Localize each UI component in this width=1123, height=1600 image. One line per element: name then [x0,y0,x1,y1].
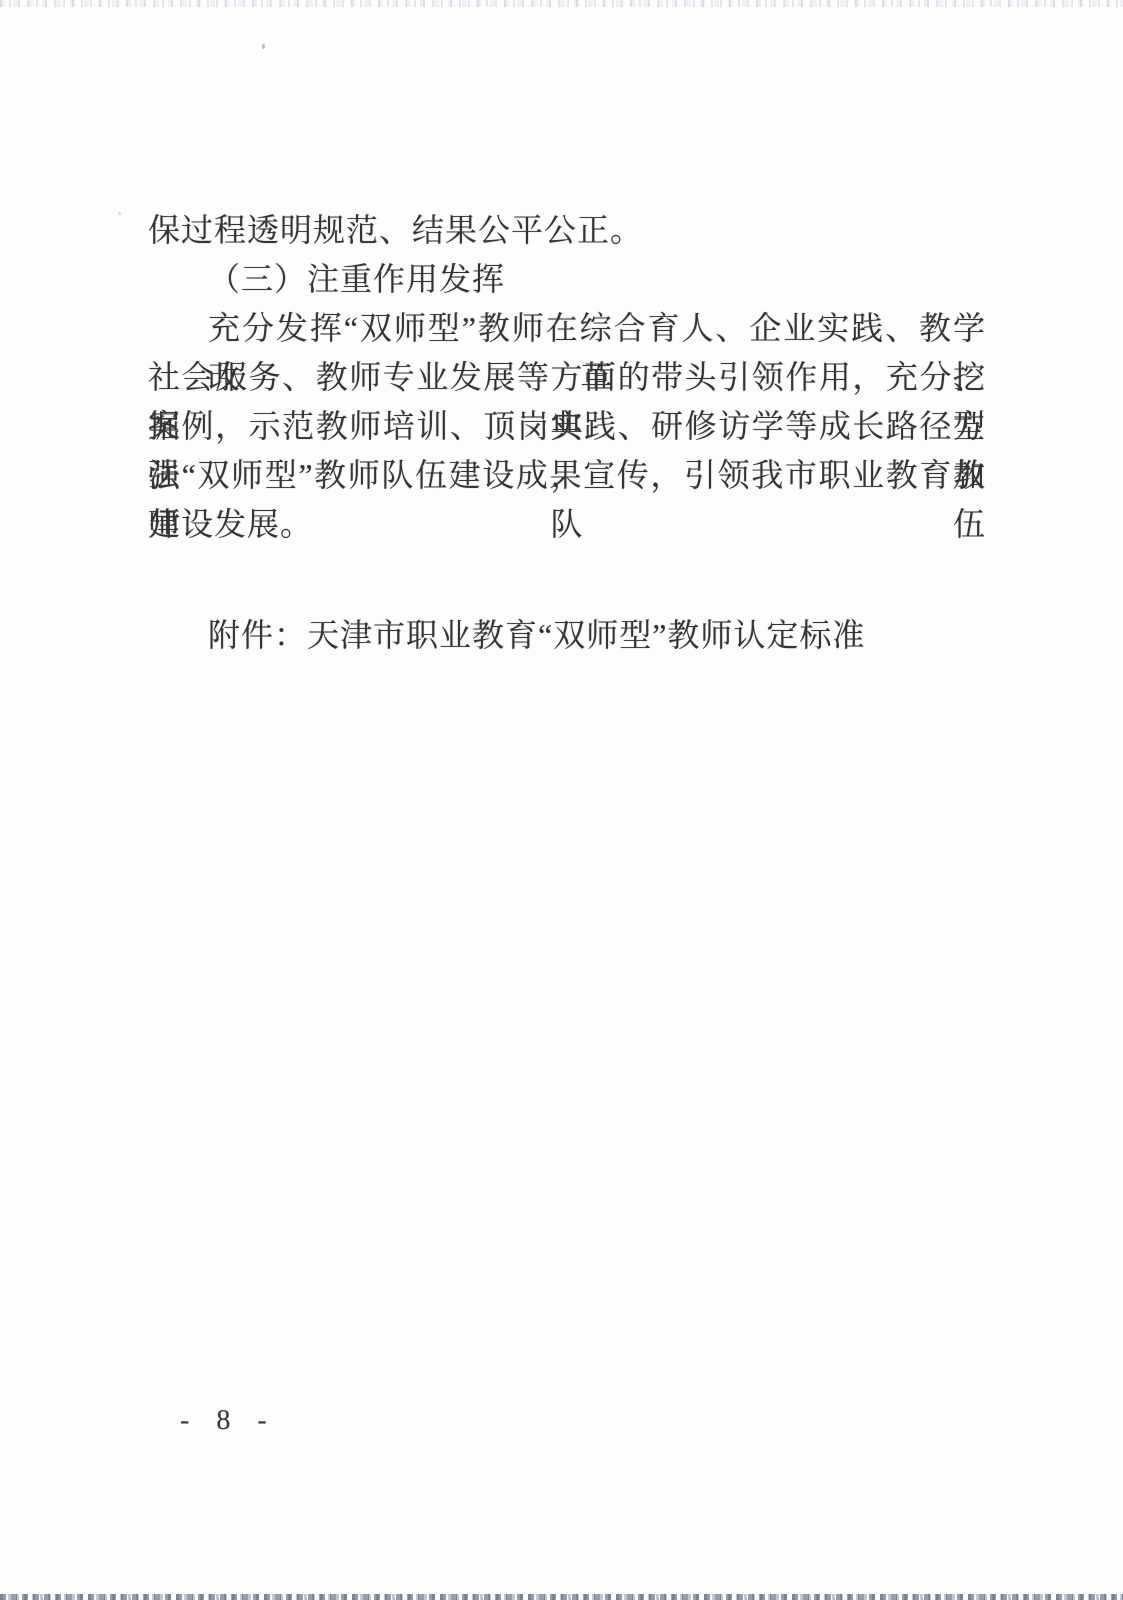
document-page: 保过程透明规范、结果公平公正。 （三）注重作用发挥 充分发挥“双师型”教师在综合… [0,0,1123,1600]
page-number: - 8 - [180,1405,277,1437]
body-text-block: 保过程透明规范、结果公平公正。 （三）注重作用发挥 充分发挥“双师型”教师在综合… [148,206,986,660]
attachment-reference-line: 附件：天津市职业教育“双师型”教师认定标准 [148,611,986,660]
scan-noise-top [0,0,1123,7]
paragraph-line: 充分发挥“双师型”教师在综合育人、企业实践、教学改革、 [148,304,986,353]
scan-speck [262,44,265,49]
scan-speck [118,212,121,215]
paragraph-line: 强“双师型”教师队伍建设成果宣传，引领我市职业教育教师队伍 [148,451,986,500]
paragraph-continuation-line: 保过程透明规范、结果公平公正。 [148,206,986,255]
scan-noise-bottom [0,1594,1123,1600]
paragraph-line: 社会服务、教师专业发展等方面的带头引领作用，充分挖掘典型 [148,353,986,402]
paragraph-line: 案例，示范教师培训、顶岗实践、研修访学等成长路径方法，加 [148,402,986,451]
section-heading: （三）注重作用发挥 [148,255,986,304]
